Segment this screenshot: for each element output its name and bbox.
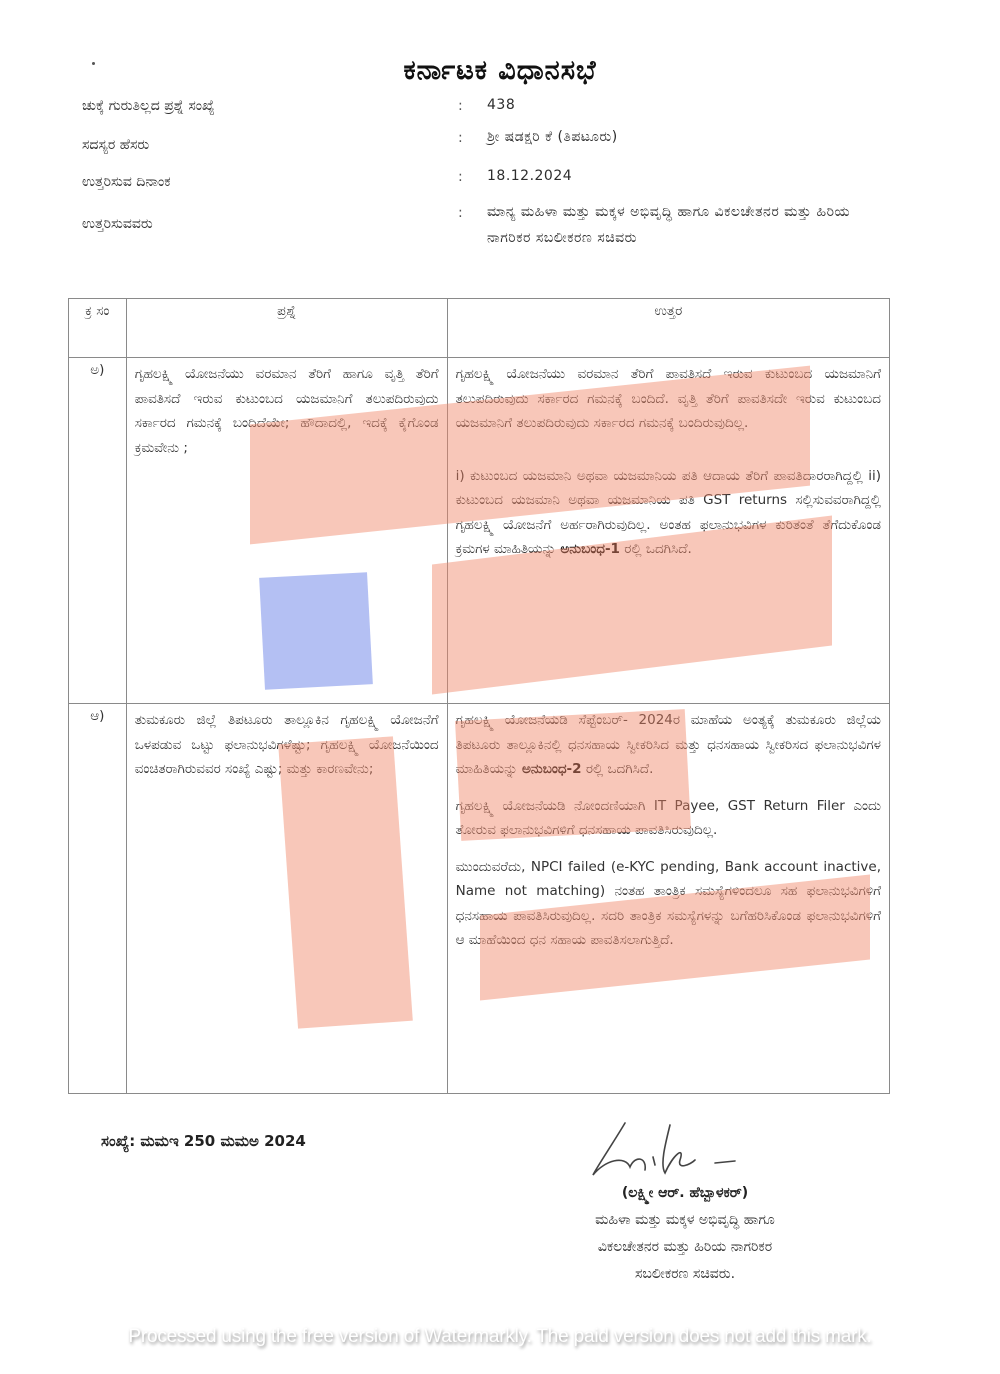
signatory-title-line: ವಿಕಲಚೇತನರ ಮತ್ತು ಹಿರಿಯ ನಾಗರಿಕರ bbox=[520, 1234, 850, 1261]
meta-label: ಚುಕ್ಕೆ ಗುರುತಿಲ್ಲದ ಪ್ರಶ್ನೆ ಸಂಖ್ಯೆ bbox=[82, 98, 215, 114]
signatory-name: (ಲಕ್ಷ್ಮೀ ಆರ್. ಹೆಬ್ಬಾಳಕರ್) bbox=[520, 1180, 850, 1207]
row-serial-number: ಆ) bbox=[69, 704, 127, 1094]
row-answer: ಗೃಹಲಕ್ಷ್ಮಿ ಯೋಜನೆಯು ವರಮಾನ ತೆರಿಗೆ ಪಾವತಿಸದೆ… bbox=[447, 358, 889, 704]
table-row: ಆ) ತುಮಕೂರು ಜಿಲ್ಲೆ ತಿಪಟೂರು ತಾಲ್ಲೂಕಿನ ಗೃಹಲ… bbox=[69, 704, 890, 1094]
table-row: ಅ) ಗೃಹಲಕ್ಷ್ಮಿ ಯೋಜನೆಯು ವರಮಾನ ತೆರಿಗೆ ಹಾಗೂ … bbox=[69, 358, 890, 704]
meta-colon: : bbox=[458, 169, 463, 185]
row-question: ತುಮಕೂರು ಜಿಲ್ಲೆ ತಿಪಟೂರು ತಾಲ್ಲೂಕಿನ ಗೃಹಲಕ್ಷ… bbox=[126, 704, 447, 1094]
meta-colon: : bbox=[458, 98, 463, 114]
annexure-ref: ಅನುಬಂಧ-2 bbox=[522, 761, 582, 777]
watermark-text: Processed using the free version of Wate… bbox=[0, 1326, 1000, 1348]
signatory-title-line: ಸಬಲೀಕರಣ ಸಚಿವರು. bbox=[520, 1261, 850, 1288]
header-serial-number: ಕ್ರ ಸಂ bbox=[69, 299, 127, 358]
answer-paragraph: i) ಕುಟುಂಬದ ಯಜಮಾನಿ ಅಥವಾ ಯಜಮಾನಿಯ ಪತಿ ಆದಾಯ … bbox=[456, 464, 881, 562]
meta-label: ಸದಸ್ಯರ ಹೆಸರು bbox=[82, 137, 149, 153]
meta-value: 438 bbox=[487, 92, 887, 118]
row-answer: ಗೃಹಲಕ್ಷ್ಮಿ ಯೋಜನೆಯಡಿ ಸೆಪ್ಟೆಂಬರ್- 2024ರ ಮಾ… bbox=[447, 704, 889, 1094]
row-serial-number: ಅ) bbox=[69, 358, 127, 704]
answer-paragraph: ಗೃಹಲಕ್ಷ್ಮಿ ಯೋಜನೆಯಡಿ ನೋಂದಣಿಯಾಗಿ IT Payee,… bbox=[456, 794, 881, 843]
answer-paragraph: ಗೃಹಲಕ್ಷ್ಮಿ ಯೋಜನೆಯು ವರಮಾನ ತೆರಿಗೆ ಪಾವತಿಸದೆ… bbox=[456, 362, 881, 436]
meta-value: ಶ್ರೀ ಷಡಕ್ಷರಿ ಕೆ (ತಿಪಟೂರು) bbox=[487, 124, 887, 150]
meta-colon: : bbox=[458, 130, 463, 146]
meta-label: ಉತ್ತರಿಸುವವರು bbox=[82, 216, 153, 232]
reference-number: ಸಂಖ್ಯೆ: ಮಮಇ 250 ಮಮಅ 2024 bbox=[101, 1132, 306, 1150]
table-header-row: ಕ್ರ ಸಂ ಪ್ರಶ್ನೆ ಉತ್ತರ bbox=[69, 299, 890, 358]
annexure-ref: ಅನುಬಂಧ-1 bbox=[560, 541, 620, 557]
meta-label: ಉತ್ತರಿಸುವ ದಿನಾಂಕ bbox=[82, 174, 171, 190]
question-answer-table: ಕ್ರ ಸಂ ಪ್ರಶ್ನೆ ಉತ್ತರ ಅ) ಗೃಹಲಕ್ಷ್ಮಿ ಯೋಜನೆ… bbox=[68, 298, 890, 1094]
row-question: ಗೃಹಲಕ್ಷ್ಮಿ ಯೋಜನೆಯು ವರಮಾನ ತೆರಿಗೆ ಹಾಗೂ ವೃತ… bbox=[126, 358, 447, 704]
answer-paragraph: ಮುಂದುವರೆದು, NPCI failed (e-KYC pending, … bbox=[456, 855, 881, 953]
header-answer: ಉತ್ತರ bbox=[447, 299, 889, 358]
signatory-title-line: ಮಹಿಳಾ ಮತ್ತು ಮಕ್ಕಳ ಅಭಿವೃದ್ಧಿ ಹಾಗೂ bbox=[520, 1207, 850, 1234]
meta-value: 18.12.2024 bbox=[487, 163, 887, 189]
meta-value: ಮಾನ್ಯ ಮಹಿಳಾ ಮತ್ತು ಮಕ್ಕಳ ಅಭಿವೃದ್ಧಿ ಹಾಗೂ ವ… bbox=[487, 199, 887, 251]
document-title: ಕರ್ನಾಟಕ ವಿಧಾನಸಭೆ bbox=[0, 55, 1000, 87]
answer-paragraph: ಗೃಹಲಕ್ಷ್ಮಿ ಯೋಜನೆಯಡಿ ಸೆಪ್ಟೆಂಬರ್- 2024ರ ಮಾ… bbox=[456, 708, 881, 782]
header-question: ಪ್ರಶ್ನೆ bbox=[126, 299, 447, 358]
meta-colon: : bbox=[458, 205, 463, 221]
signature-icon bbox=[585, 1115, 765, 1185]
